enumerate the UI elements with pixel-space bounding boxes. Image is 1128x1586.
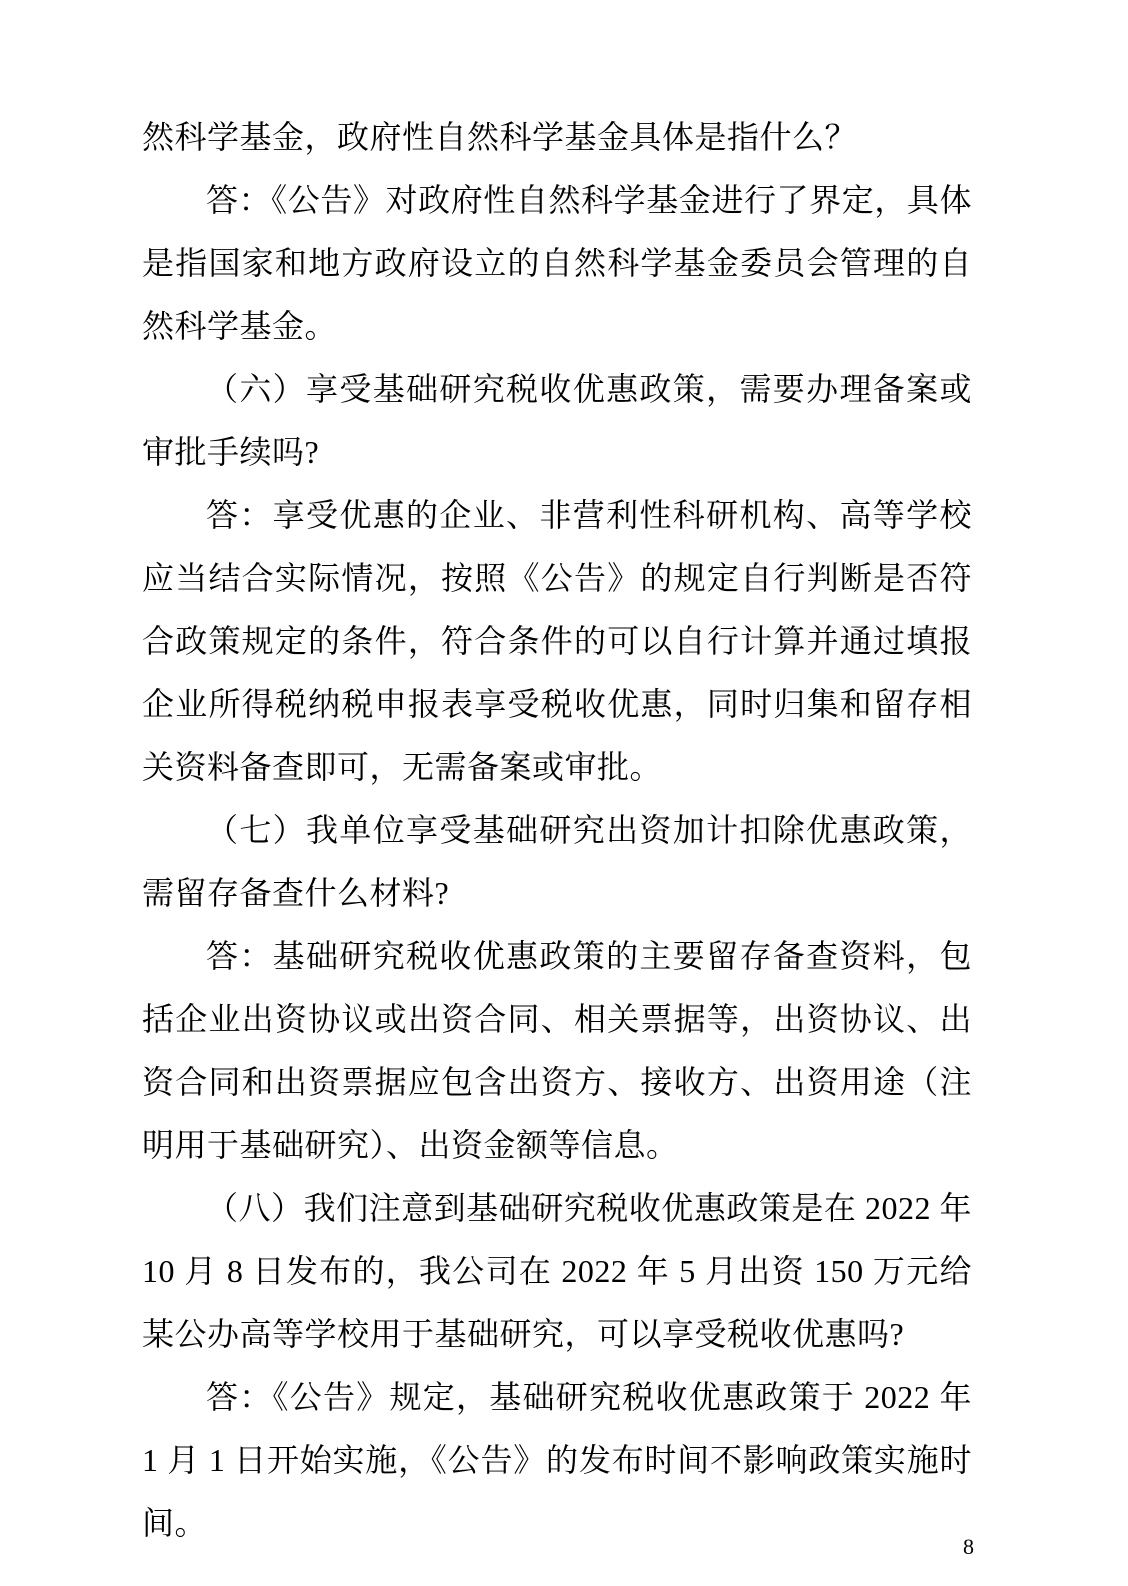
paragraph-answer-7: 答：基础研究税收优惠政策的主要留存备查资料，包括企业出资协议或出资合同、相关票据… (142, 925, 972, 1177)
paragraph-answer-8: 答：《公告》规定，基础研究税收优惠政策于 2022 年 1 月 1 日开始实施，… (142, 1366, 972, 1555)
paragraph-continuation: 然科学基金，政府性自然科学基金具体是指什么？ (142, 106, 972, 169)
paragraph-answer-5: 答：《公告》对政府性自然科学基金进行了界定，具体是指国家和地方政府设立的自然科学… (142, 169, 972, 358)
paragraph-answer-6: 答：享受优惠的企业、非营利性科研机构、高等学校应当结合实际情况，按照《公告》的规… (142, 484, 972, 799)
page-number: 8 (963, 1534, 974, 1560)
document-body: 然科学基金，政府性自然科学基金具体是指什么？ 答：《公告》对政府性自然科学基金进… (142, 106, 972, 1555)
paragraph-question-7: （七）我单位享受基础研究出资加计扣除优惠政策，需留存备查什么材料? (142, 799, 972, 925)
paragraph-question-8: （八）我们注意到基础研究税收优惠政策是在 2022 年 10 月 8 日发布的，… (142, 1177, 972, 1366)
paragraph-question-6: （六）享受基础研究税收优惠政策，需要办理备案或审批手续吗? (142, 358, 972, 484)
document-page: 然科学基金，政府性自然科学基金具体是指什么？ 答：《公告》对政府性自然科学基金进… (0, 0, 1128, 1586)
